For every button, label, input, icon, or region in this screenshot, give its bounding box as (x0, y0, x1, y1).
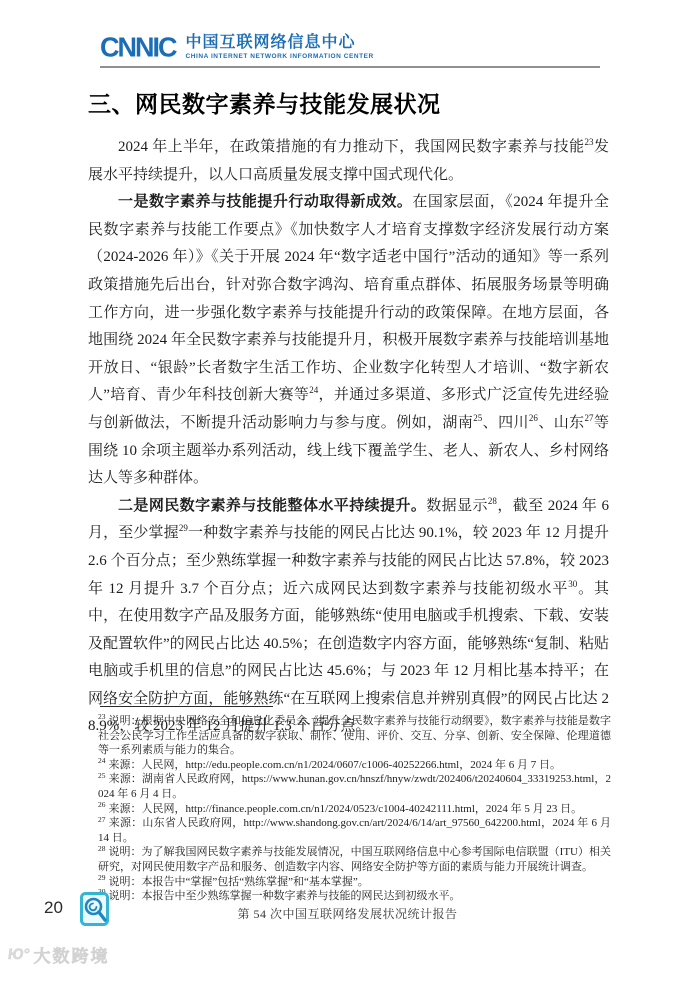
footnote-number: 28 (98, 844, 106, 853)
org-name-en: CHINA INTERNET NETWORK INFORMATION CENTE… (186, 54, 374, 61)
text-segment: 。其中，在使用数字产品及服务方面，能够熟练“使用电脑或手机搜索、下载、安装及配置… (88, 581, 609, 735)
footnote-text: 说明：本报告中至少熟练掌握一种数字素养与技能的网民达到初级水平。 (109, 890, 461, 902)
text-segment: 、四川 (482, 415, 529, 431)
text-segment: 2024 年上半年，在政策措施的有力推动下，我国网民数字素养与技能 (118, 139, 585, 155)
org-name-block: 中国互联网络信息中心 CHINA INTERNET NETWORK INFORM… (186, 35, 374, 61)
footnote-ref: 24 (309, 385, 318, 395)
footer-report-title: 第 54 次中国互联网络发展状况统计报告 (0, 905, 695, 922)
footnote-ref: 25 (473, 413, 482, 423)
footnote-ref: 29 (179, 523, 188, 533)
org-name-cn: 中国互联网络信息中心 (186, 35, 374, 51)
footnote-ref: 28 (488, 496, 497, 506)
watermark-text: 大数跨境 (33, 942, 109, 967)
footnote-text: 来源：人民网，http://finance.people.com.cn/n1/2… (109, 803, 583, 815)
footnote-separator (100, 706, 273, 707)
header-divider (100, 66, 600, 68)
footnote-text: 来源：湖南省人民政府网，https://www.hunan.gov.cn/hns… (98, 773, 611, 800)
footnote: 25来源：湖南省人民政府网，https://www.hunan.gov.cn/h… (98, 772, 611, 801)
body-paragraph: 一是数字素养与技能提升行动取得新成效。在国家层面，《2024 年提升全民数字素养… (88, 189, 609, 493)
text-segment: 在国家层面，《2024 年提升全民数字素养与技能工作要点》《加快数字人才培育支撑… (88, 194, 609, 403)
text-segment: 、山东 (538, 415, 585, 431)
footnote-ref: 27 (585, 413, 594, 423)
footnote: 23说明：根据中央网络安全和信息化委员会《提升全民数字素养与技能行动纲要》，数字… (98, 714, 611, 758)
footnote: 28说明：为了解我国网民数字素养与技能发展情况，中国互联网络信息中心参考国际电信… (98, 845, 611, 874)
footnote-text: 说明：根据中央网络安全和信息化委员会《提升全民数字素养与技能行动纲要》，数字素养… (98, 715, 611, 756)
footnote-ref: 30 (568, 579, 577, 589)
footnote-number: 24 (98, 756, 106, 765)
watermark-logo-icon: Ю° (7, 946, 31, 963)
footnote: 26来源：人民网，http://finance.people.com.cn/n1… (98, 802, 611, 817)
footnote-ref: 23 (585, 137, 594, 147)
watermark: Ю° 大数跨境 (8, 942, 109, 967)
cnnic-wordmark-logo: CNNIC (100, 33, 176, 60)
body-paragraph: 二是网民数字素养与技能整体水平持续提升。数据显示28，截至 2024 年 6 月… (88, 493, 609, 741)
footnote-number: 26 (98, 800, 106, 809)
footnote-number: 29 (98, 873, 106, 882)
footnote: 24来源：人民网，http://edu.people.com.cn/n1/202… (98, 758, 611, 773)
footnote-text: 来源：人民网，http://edu.people.com.cn/n1/2024/… (109, 759, 562, 771)
report-page: CNNIC 中国互联网络信息中心 CHINA INTERNET NETWORK … (0, 0, 695, 982)
footnote-number: 25 (98, 771, 106, 780)
footnote-number: 23 (98, 712, 106, 721)
text-segment: 一是数字素养与技能提升行动取得新成效。 (118, 194, 412, 210)
footnote-text: 说明：为了解我国网民数字素养与技能发展情况，中国互联网络信息中心参考国际电信联盟… (98, 846, 611, 873)
text-segment: 二是网民数字素养与技能整体水平持续提升。 (118, 498, 426, 514)
footnote: 29说明：本报告中“掌握”包括“熟练掌握”和“基本掌握”。 (98, 875, 611, 890)
footnote-ref: 26 (529, 413, 538, 423)
cnnic-logo: CNNIC 中国互联网络信息中心 CHINA INTERNET NETWORK … (100, 34, 600, 61)
body-paragraphs: 2024 年上半年，在政策措施的有力推动下，我国网民数字素养与技能23发展水平持… (88, 134, 609, 741)
footnote-text: 来源：山东省人民政府网，http://www.shandong.gov.cn/a… (98, 817, 611, 844)
footnote-text: 说明：本报告中“掌握”包括“熟练掌握”和“基本掌握”。 (109, 876, 369, 888)
page-header: CNNIC 中国互联网络信息中心 CHINA INTERNET NETWORK … (100, 34, 600, 61)
footnote: 27来源：山东省人民政府网，http://www.shandong.gov.cn… (98, 816, 611, 845)
footnote-number: 27 (98, 815, 106, 824)
footnotes: 23说明：根据中央网络安全和信息化委员会《提升全民数字素养与技能行动纲要》，数字… (98, 714, 611, 904)
footnote: 30说明：本报告中至少熟练掌握一种数字素养与技能的网民达到初级水平。 (98, 889, 611, 904)
text-segment: 数据显示 (426, 498, 488, 514)
section-title: 三、网民数字素养与技能发展状况 (88, 86, 441, 119)
body-paragraph: 2024 年上半年，在政策措施的有力推动下，我国网民数字素养与技能23发展水平持… (88, 134, 609, 189)
